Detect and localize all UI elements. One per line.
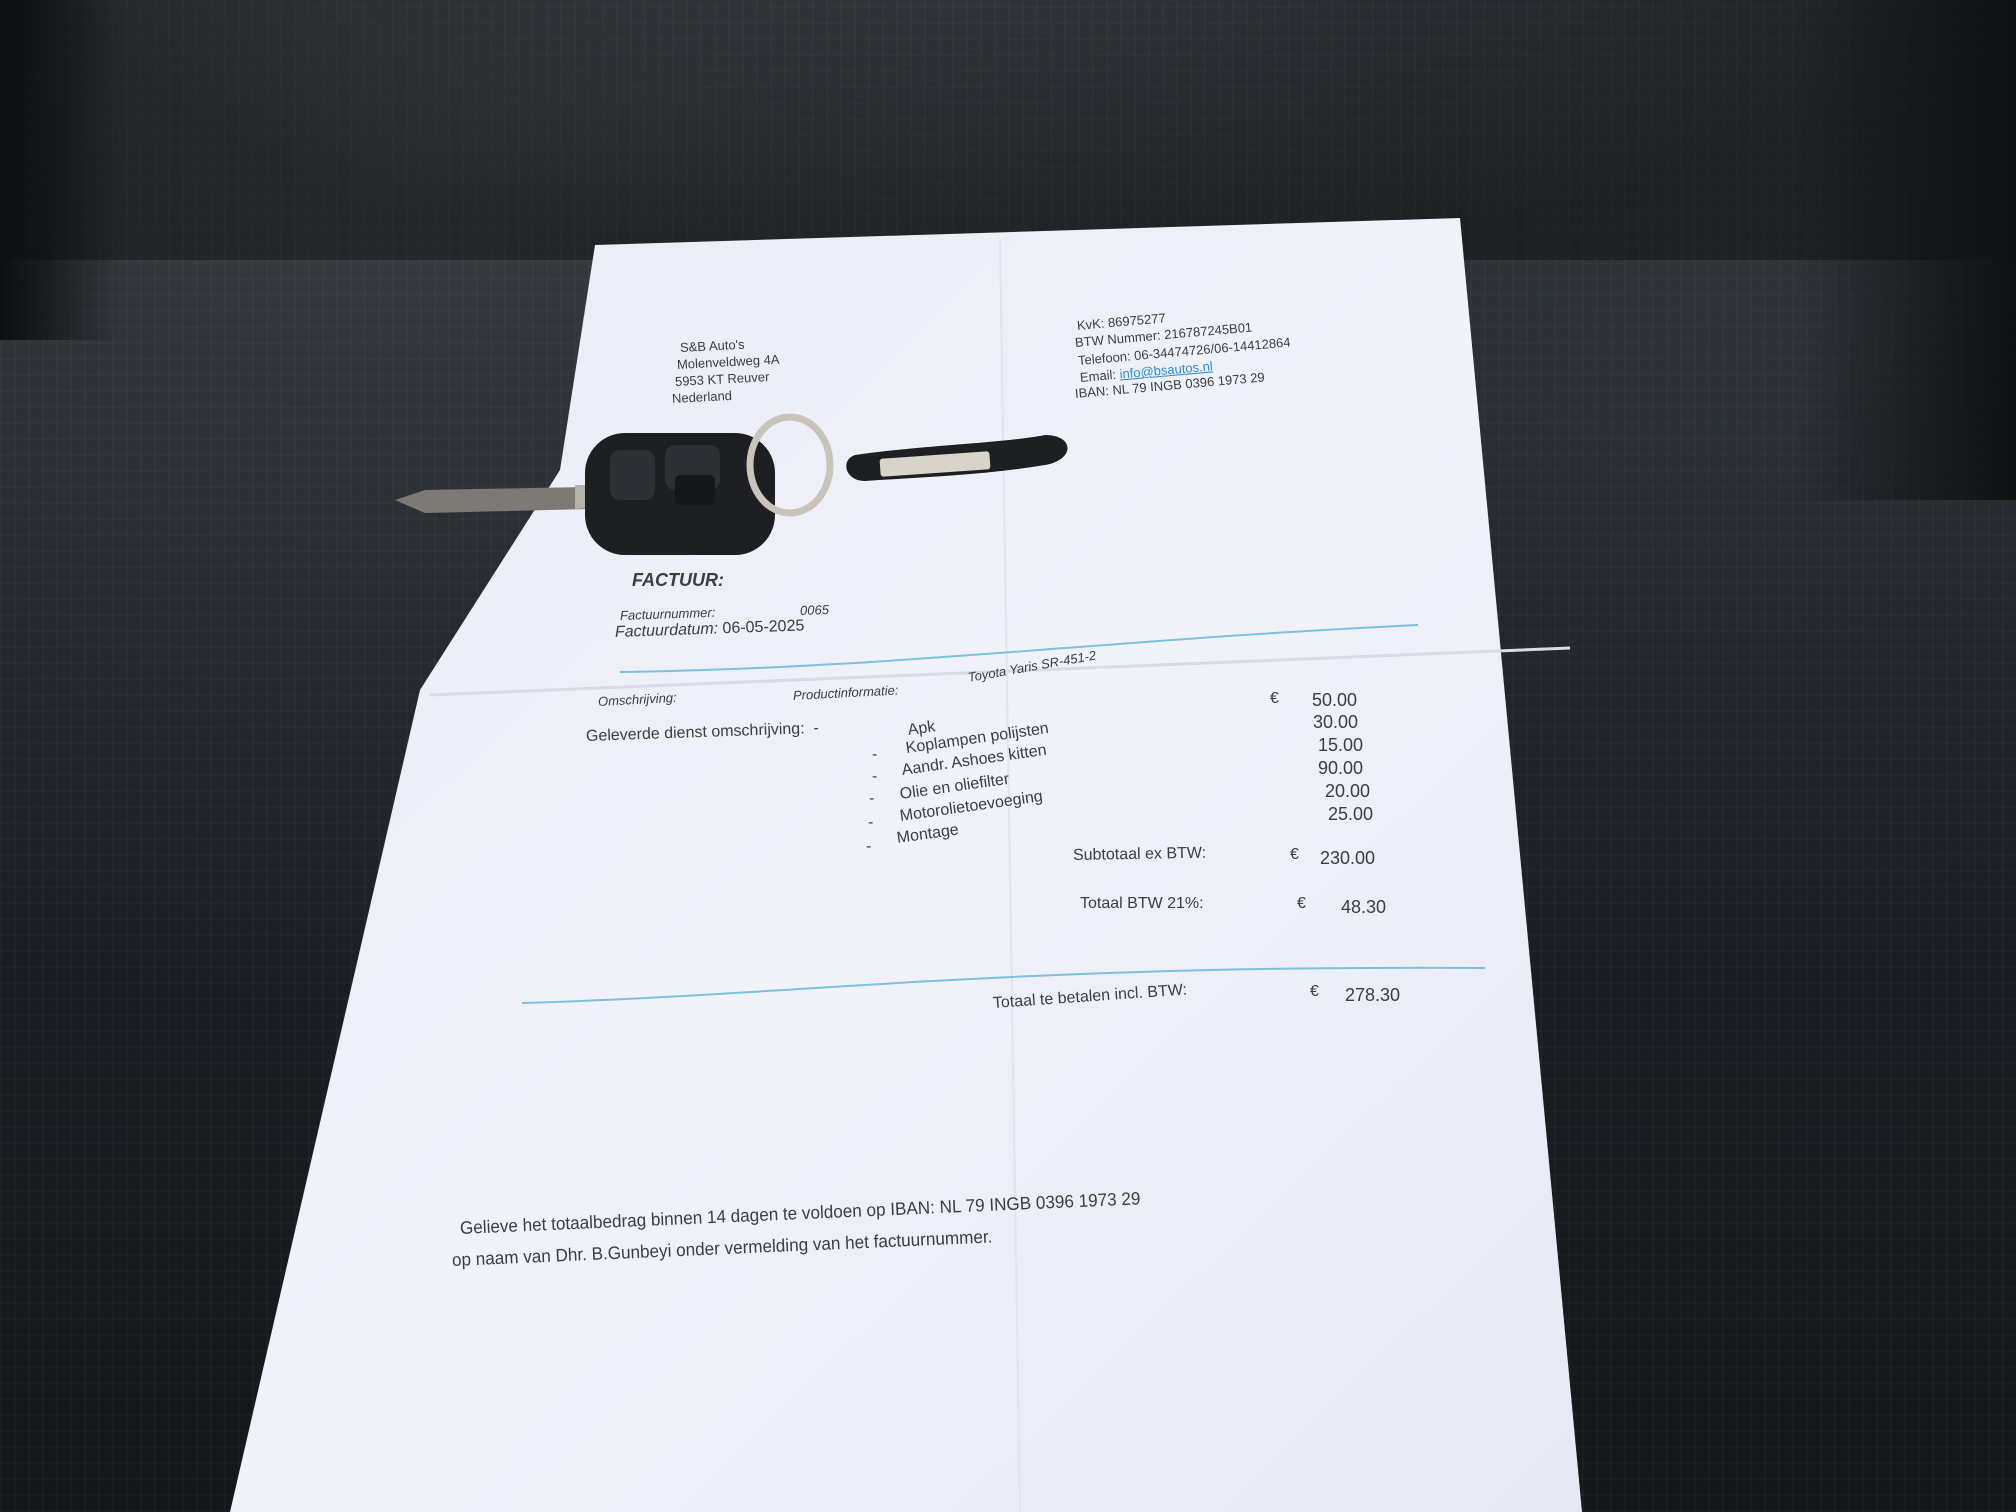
invoice-date-label: Factuurdatum: [615, 620, 719, 641]
total-amount: 278.30 [1345, 985, 1400, 1006]
item-bullet: - [868, 814, 873, 832]
item-amount: 30.00 [1313, 712, 1358, 733]
item-bullet: - [872, 768, 877, 786]
vat-label: Totaal BTW 21%: [1080, 895, 1204, 913]
vat-amount: 48.30 [1341, 897, 1386, 918]
vat-currency: € [1297, 895, 1306, 913]
invoice-title: FACTUUR: [632, 570, 724, 591]
invoice-number: 0065 [800, 602, 829, 618]
subtotal-amount: 230.00 [1320, 848, 1375, 869]
item-bullet: - [869, 790, 874, 808]
item-amount: 25.00 [1328, 804, 1373, 825]
item-amount: 90.00 [1318, 758, 1363, 779]
total-currency: € [1310, 983, 1319, 1001]
item-amount: 20.00 [1325, 781, 1370, 802]
subtotal-label: Subtotaal ex BTW: [1073, 845, 1206, 865]
item-bullet: - [866, 838, 871, 856]
item-bullet: - [872, 746, 877, 764]
company-country: Nederland [672, 388, 733, 406]
invoice-date: 06-05-2025 [722, 617, 804, 637]
car-key-icon [385, 405, 1075, 560]
item-amount: 15.00 [1318, 735, 1363, 756]
item-amount: 50.00 [1312, 690, 1357, 711]
currency-symbol: € [1270, 690, 1279, 708]
subtotal-currency: € [1290, 846, 1299, 864]
